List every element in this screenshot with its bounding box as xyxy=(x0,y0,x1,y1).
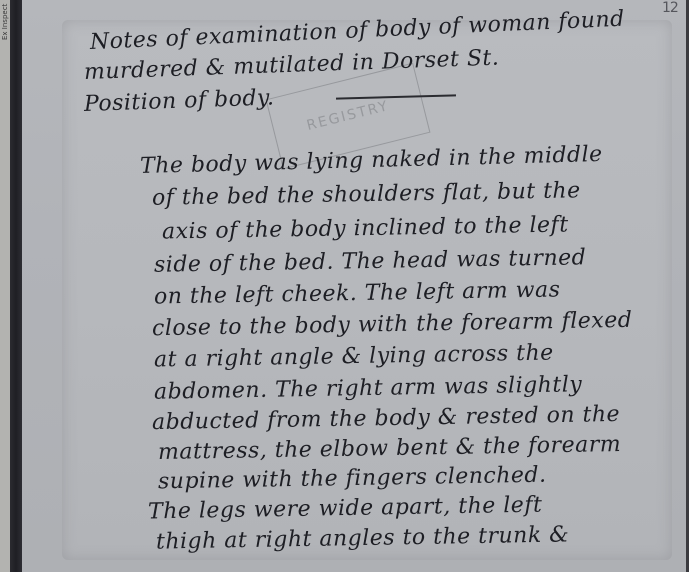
manuscript-page: 12 REGISTRY Notes of examination of body… xyxy=(22,0,689,572)
left-margin: Ex Inspect xyxy=(0,0,10,572)
page-number: 12 xyxy=(662,0,678,16)
edge-label: Ex Inspect xyxy=(0,0,10,40)
binding-strip xyxy=(10,0,22,572)
